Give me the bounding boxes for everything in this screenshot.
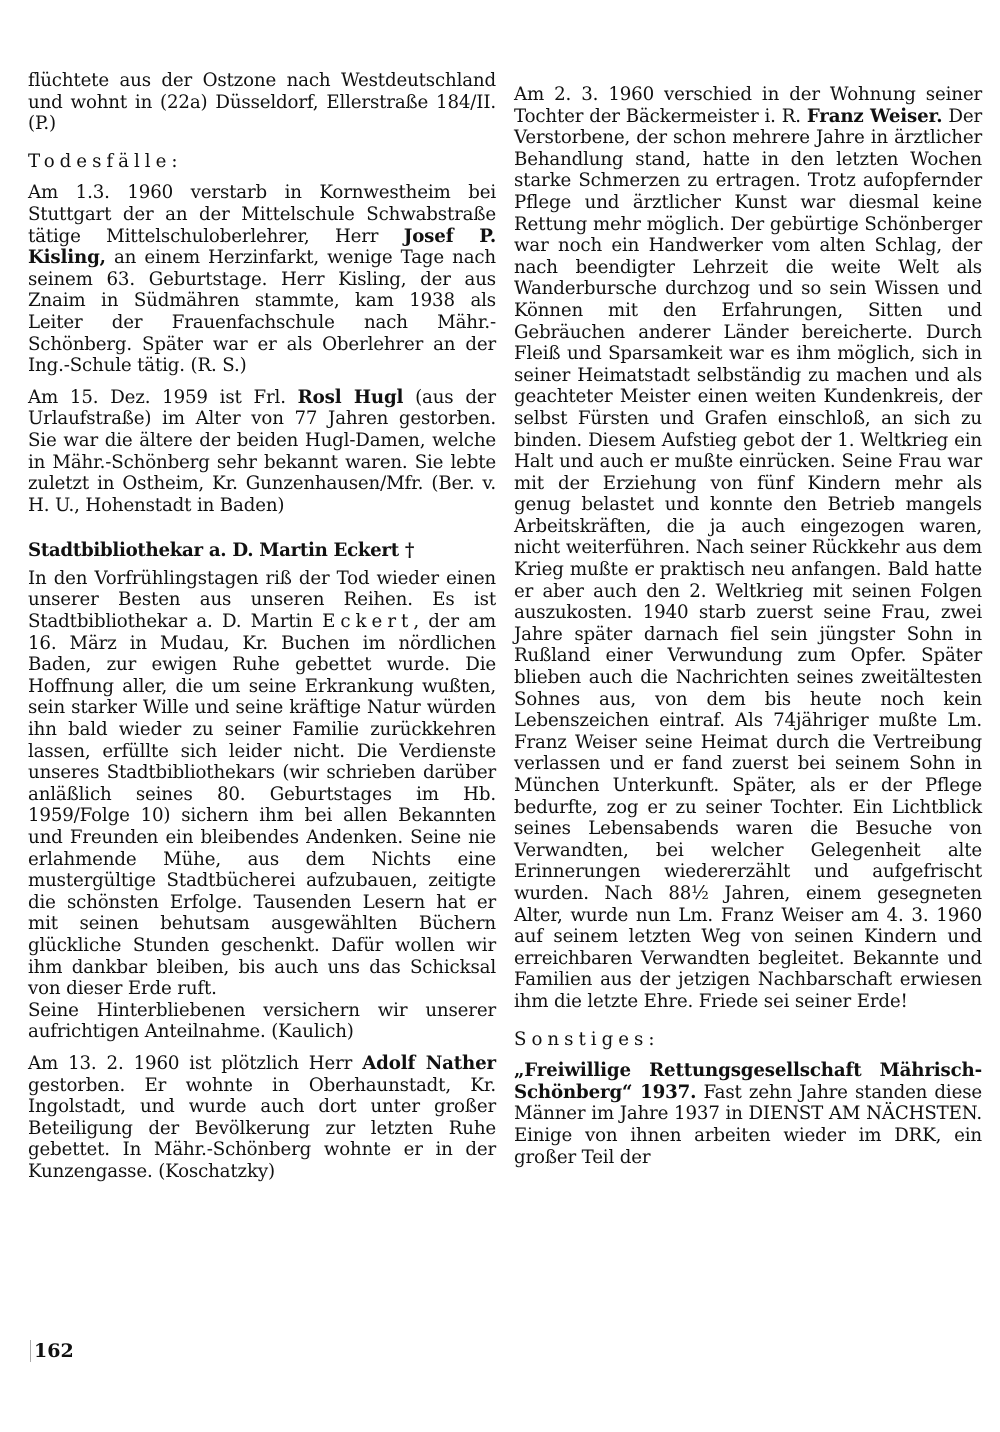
obituary-eckert: In den Vorfrühlingstagen riß der Tod wie…	[28, 568, 496, 1000]
intro-paragraph: flüchtete aus der Ostzone nach Westdeuts…	[28, 70, 496, 135]
page-number: 162	[30, 1340, 74, 1362]
obituary-hugl: Am 15. Dez. 1959 ist Frl. Rosl Hugl (aus…	[28, 387, 496, 517]
section-heading-sonstiges: Sonstiges:	[514, 1029, 982, 1051]
obituary-text: , der am 16. März in Mudau, Kr. Buchen i…	[28, 611, 496, 999]
obituary-text: Am 13. 2. 1960 ist plötzlich Herr	[28, 1053, 362, 1074]
right-column: Am 2. 3. 1960 verschied in der Wohnung s…	[514, 84, 982, 1178]
person-name: Adolf Nather	[362, 1053, 496, 1074]
obituary-weiser: Am 2. 3. 1960 verschied in der Wohnung s…	[514, 84, 982, 1013]
person-name: Rosl Hugl	[298, 387, 404, 408]
article-heading-eckert: Stadtbibliothekar a. D. Martin Eckert †	[28, 540, 496, 562]
obituary-kisling: Am 1.3. 1960 verstarb in Kornwestheim be…	[28, 182, 496, 376]
person-name-spaced: Eckert	[322, 611, 413, 632]
condolence-line: Seine Hinterbliebenen versichern wir uns…	[28, 1000, 496, 1043]
obituary-nather: Am 13. 2. 1960 ist plötzlich Herr Adolf …	[28, 1053, 496, 1183]
article-rettungsgesellschaft: „Freiwillige Rettungsgesellschaft Mähris…	[514, 1060, 982, 1168]
obituary-text: gestorben. Er wohnte in Oberhaunstadt, K…	[28, 1075, 496, 1182]
left-column: flüchtete aus der Ostzone nach Westdeuts…	[28, 70, 496, 1193]
person-name: Franz Weiser.	[807, 106, 943, 127]
section-heading-todesfaelle: Todesfälle:	[28, 151, 496, 173]
obituary-text: Am 15. Dez. 1959 ist Frl.	[28, 387, 298, 408]
obituary-text: Der Verstorbene, der schon mehrere Jahre…	[514, 106, 982, 1012]
